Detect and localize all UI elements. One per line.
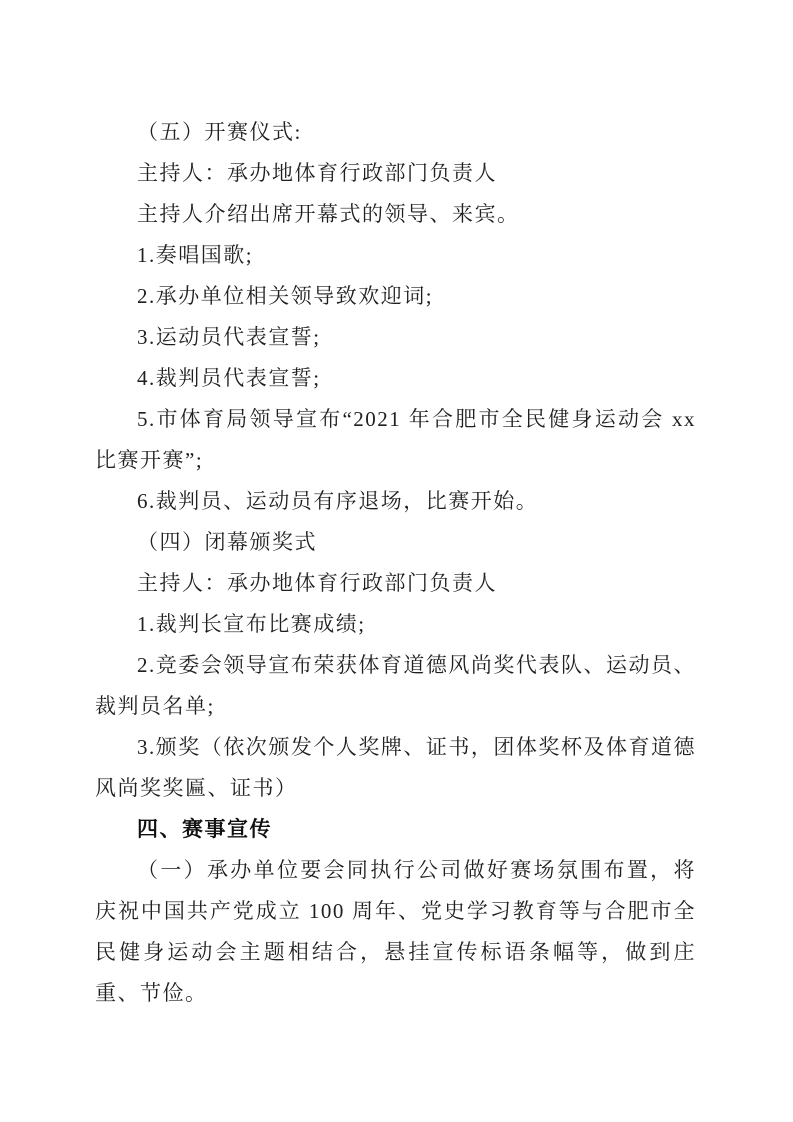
para-item-4-referee-oath: 4.裁判员代表宣誓; — [95, 358, 696, 399]
para-item-3-athlete-oath: 3.运动员代表宣誓; — [95, 317, 696, 358]
document-page: （五）开赛仪式: 主持人：承办地体育行政部门负责人 主持人介绍出席开幕式的领导、… — [0, 0, 793, 1122]
document-body: （五）开赛仪式: 主持人：承办地体育行政部门负责人 主持人介绍出席开幕式的领导、… — [95, 112, 696, 1014]
para-item-5-announce-start: 5.市体育局领导宣布“2021 年合肥市全民健身运动会 xx 比赛开赛”; — [95, 399, 696, 481]
para-publicity-arrangements: （一）承办单位要会同执行公司做好赛场氛围布置，将庆祝中国共产党成立 100 周年… — [95, 850, 696, 1014]
para-host-introduces-guests: 主持人介绍出席开幕式的领导、来宾。 — [95, 194, 696, 235]
para-item-1-announce-results: 1.裁判长宣布比赛成绩; — [95, 604, 696, 645]
para-opening-host: 主持人：承办地体育行政部门负责人 — [95, 153, 696, 194]
para-item-6-exit-and-begin: 6.裁判员、运动员有序退场，比赛开始。 — [95, 481, 696, 522]
para-closing-host: 主持人：承办地体育行政部门负责人 — [95, 563, 696, 604]
para-item-3-award-presentation: 3.颁奖（依次颁发个人奖牌、证书，团体奖杯及体育道德风尚奖奖匾、证书） — [95, 727, 696, 809]
heading-event-publicity: 四、赛事宣传 — [95, 809, 696, 850]
para-opening-ceremony-title: （五）开赛仪式: — [95, 112, 696, 153]
para-closing-ceremony-title: （四）闭幕颁奖式 — [95, 522, 696, 563]
para-item-1-national-anthem: 1.奏唱国歌; — [95, 235, 696, 276]
para-item-2-sportsmanship-award: 2.竞委会领导宣布荣获体育道德风尚奖代表队、运动员、裁判员名单; — [95, 645, 696, 727]
para-item-2-welcome-speech: 2.承办单位相关领导致欢迎词; — [95, 276, 696, 317]
